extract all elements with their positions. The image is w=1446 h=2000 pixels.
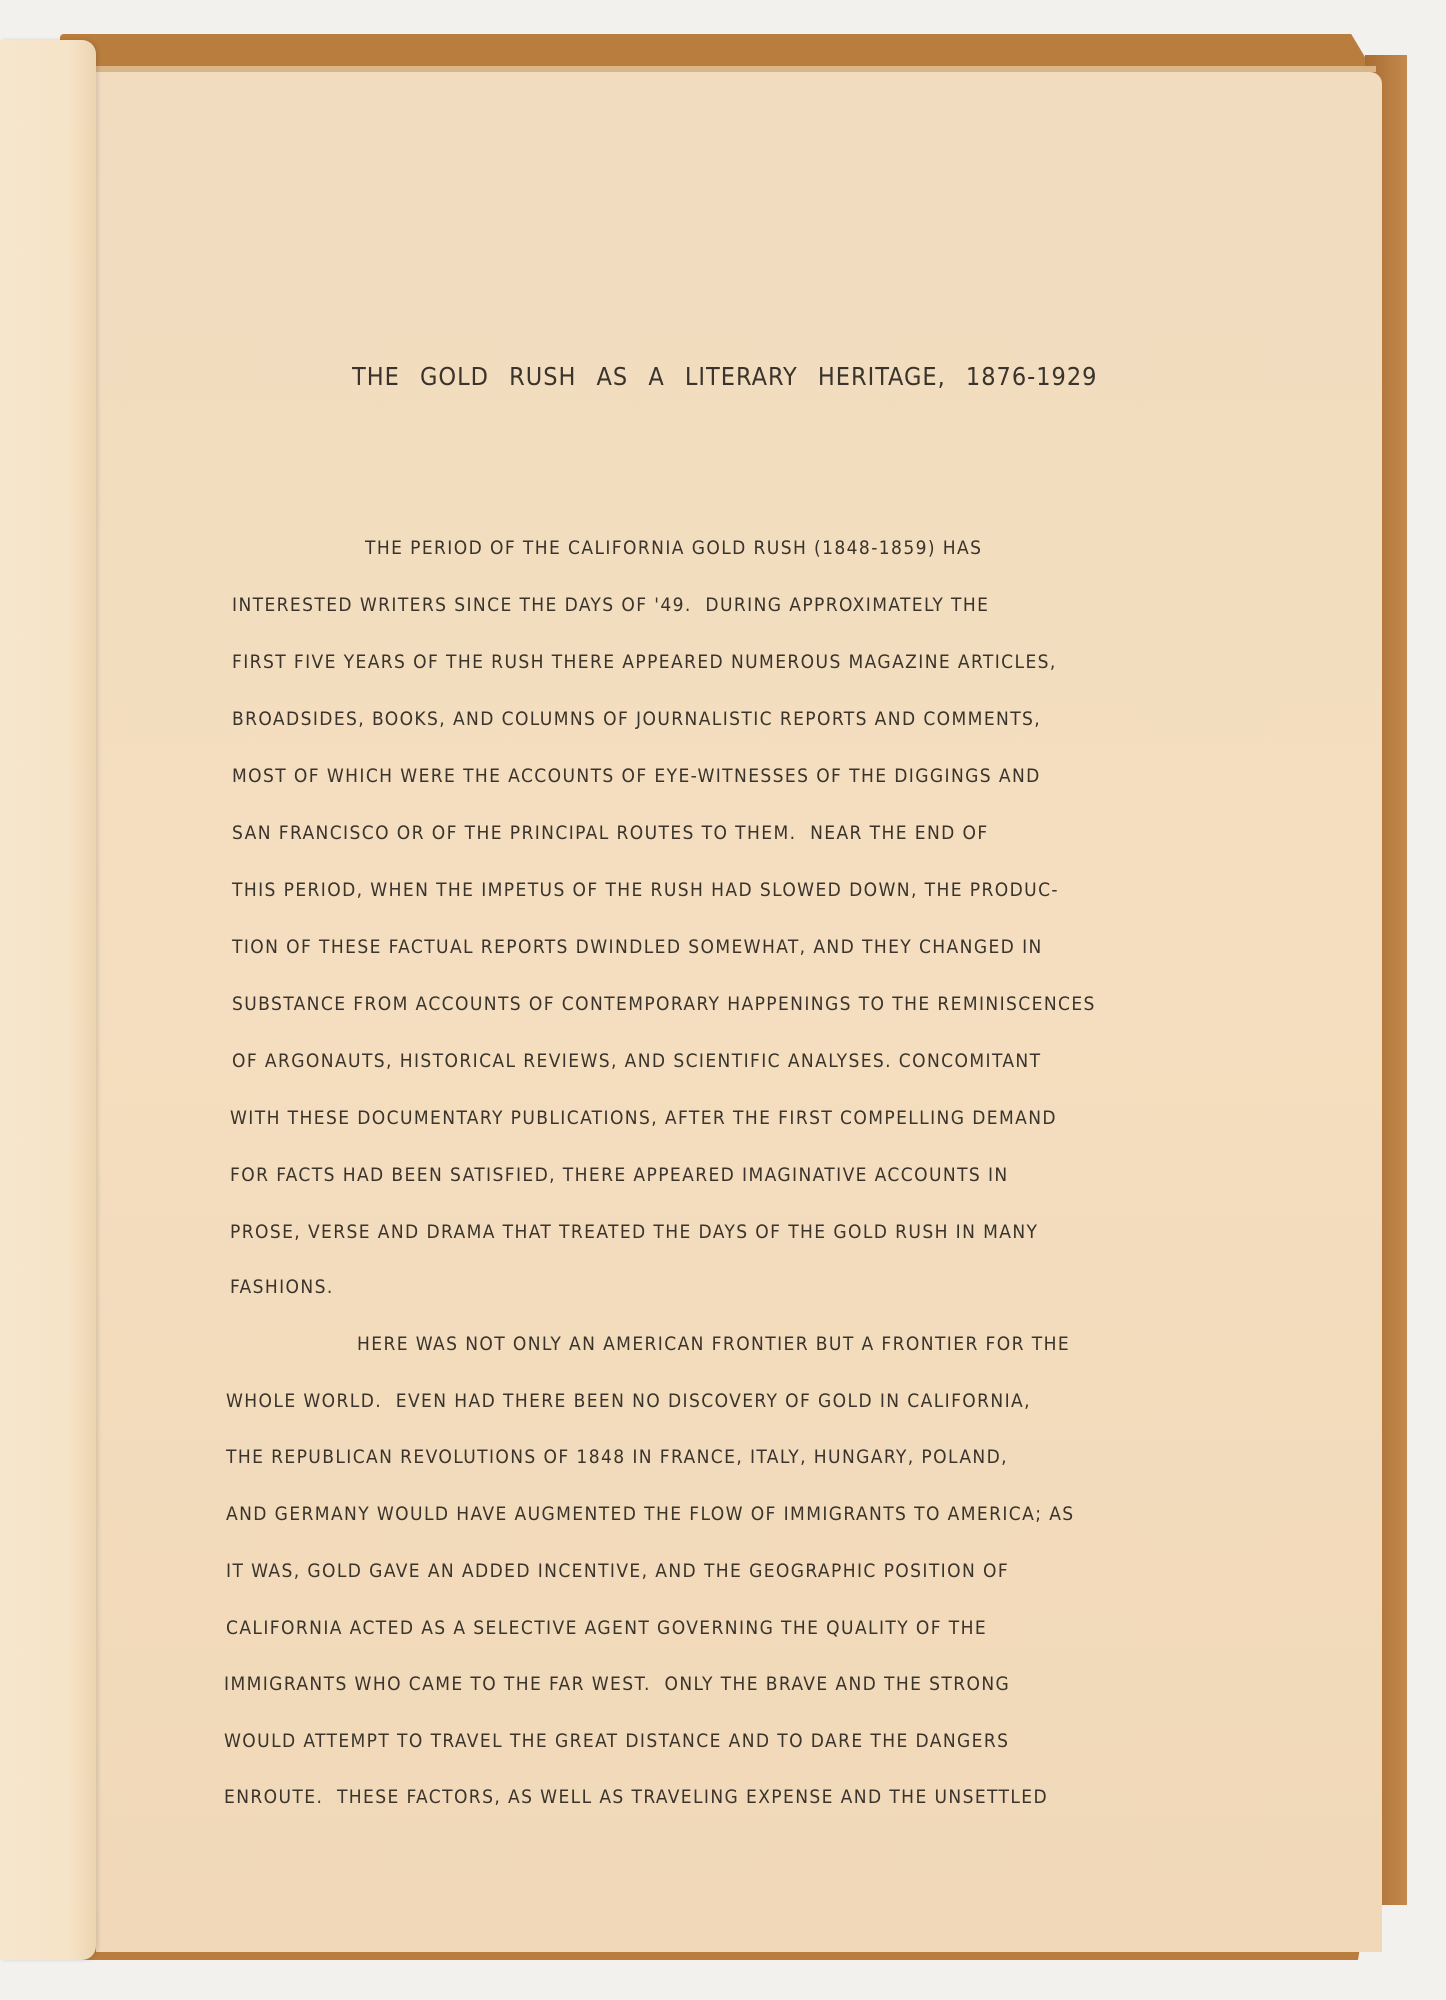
- paragraph-2-line-8: WOULD ATTEMPT TO TRAVEL THE GREAT DISTAN…: [224, 1730, 1009, 1752]
- paragraph-1-line-1: THE PERIOD OF THE CALIFORNIA GOLD RUSH (…: [365, 537, 982, 559]
- paragraph-2-line-9: ENROUTE. THESE FACTORS, AS WELL AS TRAVE…: [224, 1786, 1048, 1808]
- paragraph-1-line-5: MOST OF WHICH WERE THE ACCOUNTS OF EYE-W…: [232, 765, 1041, 787]
- paragraph-1-line-12: FOR FACTS HAD BEEN SATISFIED, THERE APPE…: [230, 1164, 1009, 1186]
- paragraph-1-line-8: TION OF THESE FACTUAL REPORTS DWINDLED S…: [232, 936, 1043, 958]
- paragraph-1-line-4: BROADSIDES, BOOKS, AND COLUMNS OF JOURNA…: [232, 708, 1041, 730]
- paragraph-1-line-9: SUBSTANCE FROM ACCOUNTS OF CONTEMPORARY …: [232, 993, 1096, 1015]
- paragraph-1-line-3: FIRST FIVE YEARS OF THE RUSH THERE APPEA…: [232, 651, 1057, 673]
- paragraph-2-line-4: AND GERMANY WOULD HAVE AUGMENTED THE FLO…: [226, 1503, 1075, 1525]
- paragraph-2-line-2: WHOLE WORLD. EVEN HAD THERE BEEN NO DISC…: [226, 1390, 1031, 1412]
- paragraph-1-line-7: THIS PERIOD, WHEN THE IMPETUS OF THE RUS…: [232, 879, 1059, 901]
- paragraph-1-line-13: PROSE, VERSE AND DRAMA THAT TREATED THE …: [230, 1221, 1038, 1243]
- paragraph-2-line-3: THE REPUBLICAN REVOLUTIONS OF 1848 IN FR…: [226, 1446, 1008, 1468]
- document-title: THE GOLD RUSH AS A LITERARY HERITAGE, 18…: [352, 362, 1097, 391]
- paragraph-1-line-14: FASHIONS.: [230, 1276, 334, 1298]
- paragraph-1-line-11: WITH THESE DOCUMENTARY PUBLICATIONS, AFT…: [230, 1107, 1057, 1129]
- paragraph-2-line-6: CALIFORNIA ACTED AS A SELECTIVE AGENT GO…: [226, 1617, 987, 1639]
- paragraph-1-line-2: INTERESTED WRITERS SINCE THE DAYS OF '49…: [232, 594, 989, 616]
- paragraph-2-line-5: IT WAS, GOLD GAVE AN ADDED INCENTIVE, AN…: [226, 1560, 1009, 1582]
- paragraph-2-line-1: HERE WAS NOT ONLY AN AMERICAN FRONTIER B…: [357, 1333, 1070, 1355]
- document-content: THE GOLD RUSH AS A LITERARY HERITAGE, 18…: [0, 0, 1446, 2000]
- paragraph-1-line-10: OF ARGONAUTS, HISTORICAL REVIEWS, AND SC…: [232, 1050, 1041, 1072]
- paragraph-1-line-6: SAN FRANCISCO OR OF THE PRINCIPAL ROUTES…: [232, 822, 989, 844]
- paragraph-2-line-7: IMMIGRANTS WHO CAME TO THE FAR WEST. ONL…: [224, 1673, 1010, 1695]
